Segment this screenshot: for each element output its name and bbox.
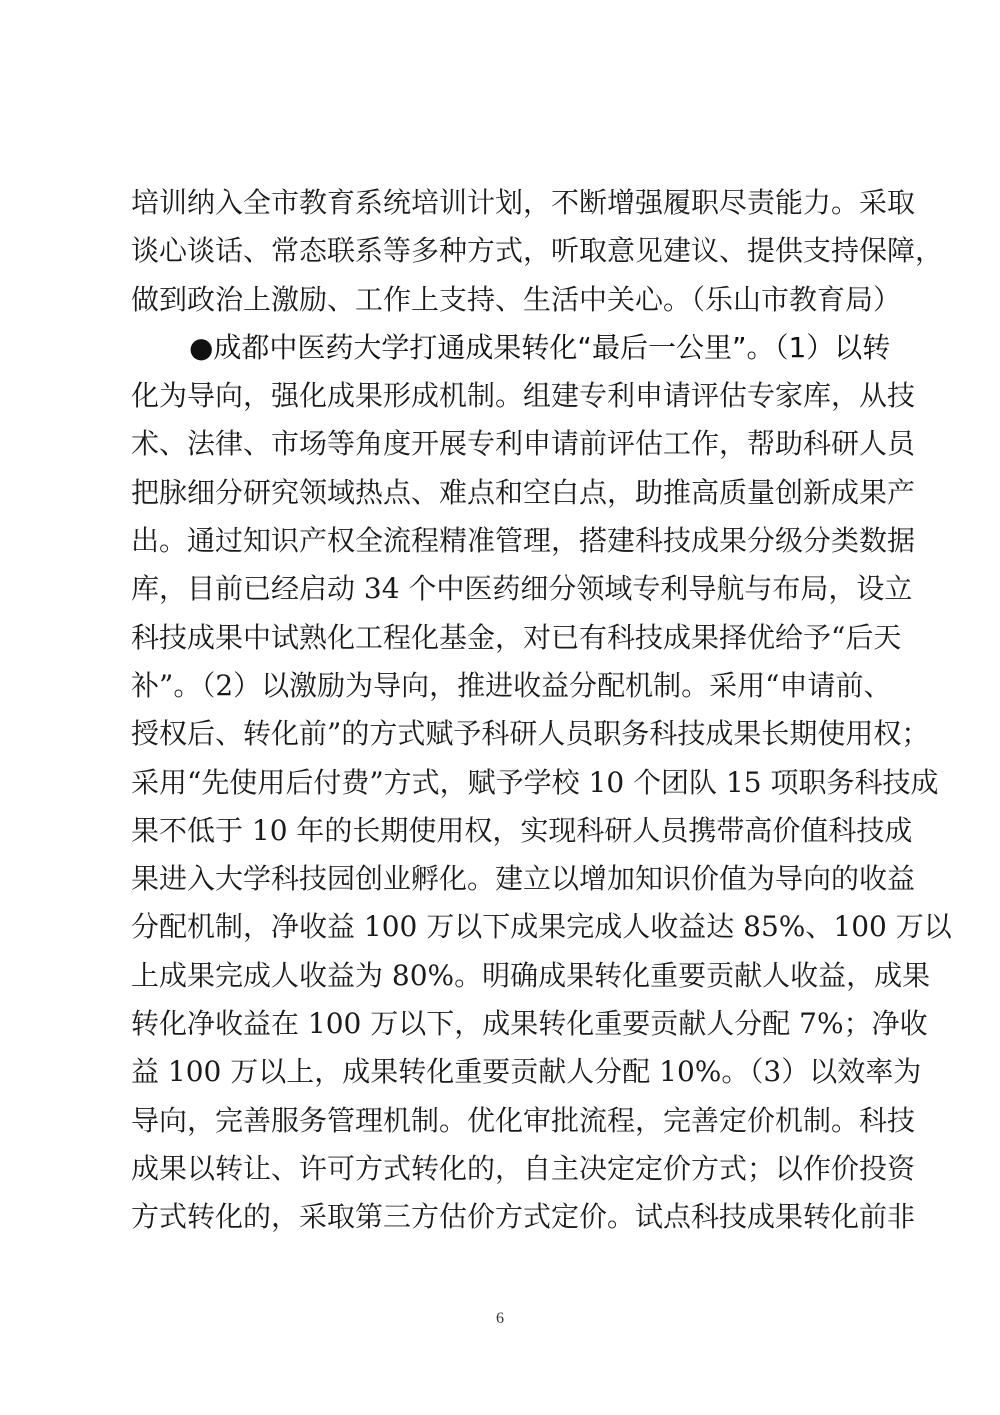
- text-line: 方式转化的，采取第三方估价方式定价。试点科技成果转化前非: [131, 1193, 871, 1241]
- text-line: 授权后、转化前”的方式赋予科研人员职务科技成果长期使用权；: [131, 710, 871, 758]
- document-page: 培训纳入全市教育系统培训计划，不断增强履职尽责能力。采取 谈心谈话、常态联系等多…: [0, 0, 1000, 1415]
- text-line: 采用“先使用后付费”方式，赋予学校 10 个团队 15 项职务科技成: [131, 759, 871, 807]
- item-heading-line: ●成都中医药大学打通成果转化“最后一公里”。（1）以转: [131, 324, 871, 372]
- text-line: 补”。（2）以激励为导向，推进收益分配机制。采用“申请前、: [131, 662, 871, 710]
- body-text: 培训纳入全市教育系统培训计划，不断增强履职尽责能力。采取 谈心谈话、常态联系等多…: [131, 179, 871, 1242]
- text-line: 转化净收益在 100 万以下，成果转化重要贡献人分配 7%；净收: [131, 1000, 871, 1048]
- text-line: 分配机制，净收益 100 万以下成果完成人收益达 85%、100 万以: [131, 903, 871, 951]
- text-line: 把脉细分研究领域热点、难点和空白点，助推高质量创新成果产: [131, 469, 871, 517]
- text-line: 培训纳入全市教育系统培训计划，不断增强履职尽责能力。采取: [131, 179, 871, 227]
- text-line: 果不低于 10 年的长期使用权，实现科研人员携带高价值科技成: [131, 807, 871, 855]
- text-line: 出。通过知识产权全流程精准管理，搭建科技成果分级分类数据: [131, 517, 871, 565]
- text-line: 谈心谈话、常态联系等多种方式，听取意见建议、提供支持保障，: [131, 227, 871, 275]
- text-line: 果进入大学科技园创业孵化。建立以增加知识价值为导向的收益: [131, 855, 871, 903]
- text-line: 科技成果中试熟化工程化基金，对已有科技成果择优给予“后天: [131, 614, 871, 662]
- text-line: 化为导向，强化成果形成机制。组建专利申请评估专家库，从技: [131, 372, 871, 420]
- text-line: 做到政治上激励、工作上支持、生活中关心。（乐山市教育局）: [131, 276, 871, 324]
- text-line: 导向，完善服务管理机制。优化审批流程，完善定价机制。科技: [131, 1097, 871, 1145]
- page-number: 6: [0, 1310, 1000, 1328]
- text-line: 术、法律、市场等角度开展专利申请前评估工作，帮助科研人员: [131, 420, 871, 468]
- text-line: 成果以转让、许可方式转化的，自主决定定价方式；以作价投资: [131, 1145, 871, 1193]
- text-line: 上成果完成人收益为 80%。明确成果转化重要贡献人收益，成果: [131, 952, 871, 1000]
- text-line: 益 100 万以上，成果转化重要贡献人分配 10%。（3）以效率为: [131, 1048, 871, 1096]
- text-line: 库，目前已经启动 34 个中医药细分领域专利导航与布局，设立: [131, 565, 871, 613]
